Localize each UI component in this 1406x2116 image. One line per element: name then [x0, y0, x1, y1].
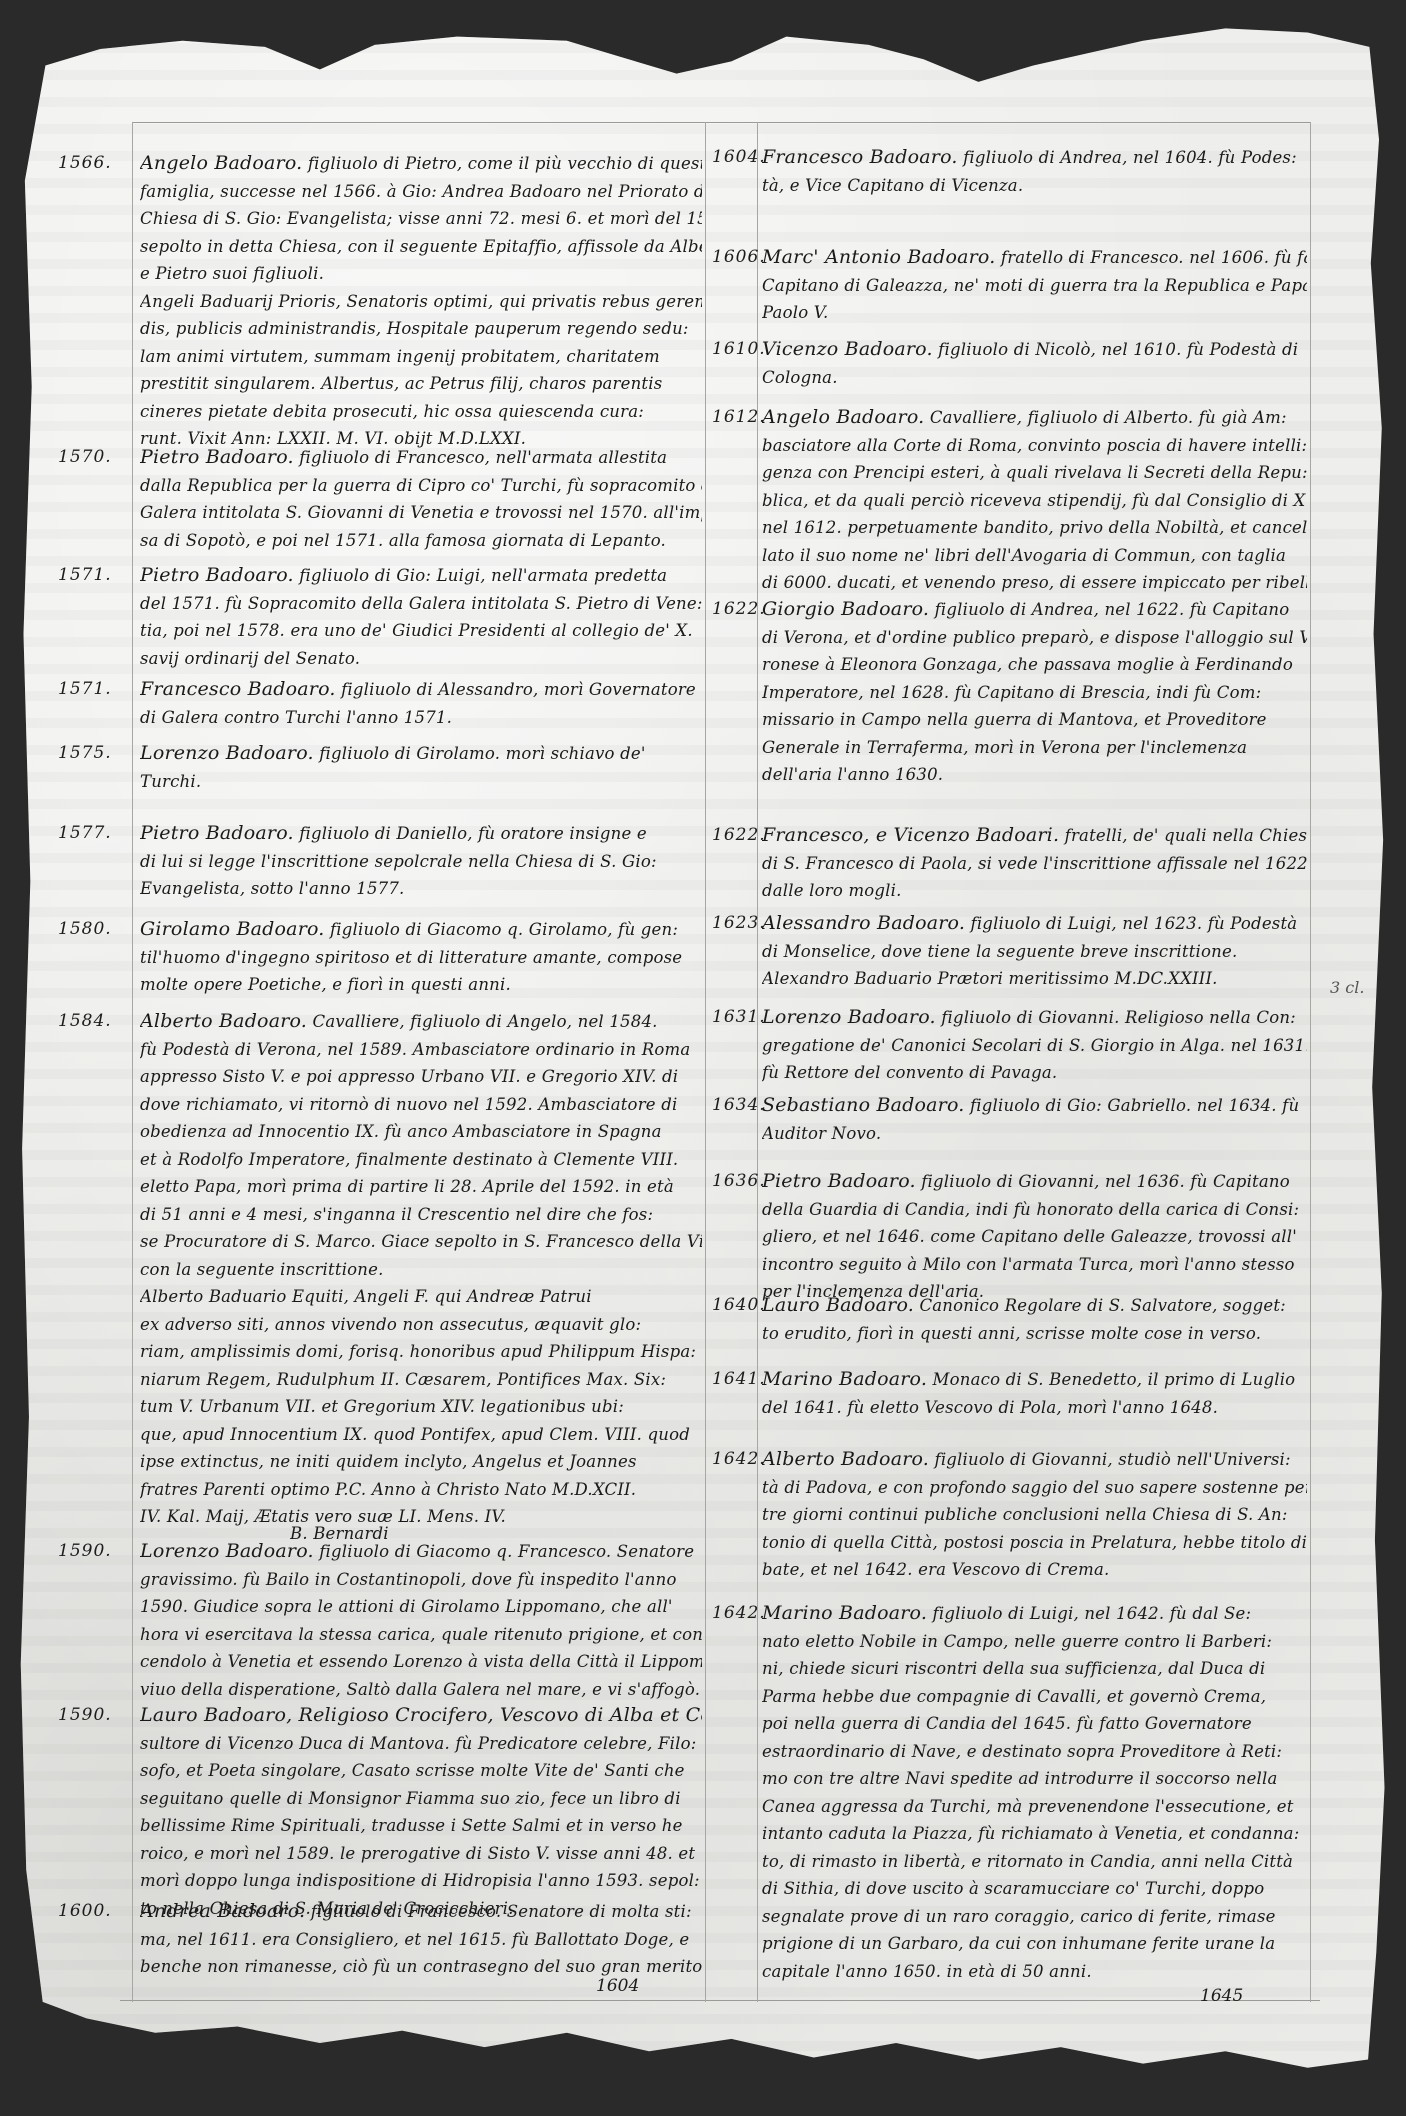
entry-line: molte opere Poetiche, e fiorì in questi …: [140, 971, 702, 999]
entry-text: Alessandro Badoaro. figliuolo di Luigi, …: [762, 910, 1307, 993]
entry-text: Angelo Badoaro. figliuolo di Pietro, com…: [140, 150, 702, 453]
entry-year: 1640.: [712, 1295, 766, 1315]
entry-year: 1580.: [58, 919, 112, 939]
entry-line: se Procuratore di S. Marco. Giace sepolt…: [140, 1228, 702, 1256]
entry-line: Andrea Badoaro. figliuolo di Francesco. …: [140, 1898, 702, 1926]
entry-line: to erudito, fiorì in questi anni, scriss…: [762, 1320, 1307, 1348]
entry-line: Sebastiano Badoaro. figliuolo di Gio: Ga…: [762, 1092, 1307, 1120]
entry-line: Pietro Badoaro. figliuolo di Giovanni, n…: [762, 1168, 1307, 1196]
entry-text: Angelo Badoaro. Cavalliere, figliuolo di…: [762, 404, 1307, 597]
entry-text: Alberto Badoaro. figliuolo di Giovanni, …: [762, 1446, 1307, 1584]
entry-line: gliero, et nel 1646. come Capitano delle…: [762, 1223, 1307, 1251]
entry-line: Alberto Badoaro. figliuolo di Giovanni, …: [762, 1446, 1307, 1474]
entry-line: di Sithia, di dove uscito à scaramucciar…: [762, 1875, 1307, 1903]
entry-year: 1606.: [712, 247, 766, 267]
entry-line: dove richiamato, vi ritornò di nuovo nel…: [140, 1091, 702, 1119]
right-text-rule: [757, 122, 758, 2002]
entry-year: 1622.: [712, 599, 766, 619]
entry-line: Pietro Badoaro. figliuolo di Gio: Luigi,…: [140, 562, 702, 590]
entry-line: di Verona, et d'ordine publico preparò, …: [762, 624, 1307, 652]
entry-line: Vicenzo Badoaro. figliuolo di Nicolò, ne…: [762, 336, 1307, 364]
entry-line: Alberto Baduario Equiti, Angeli F. qui A…: [140, 1283, 702, 1311]
entry-line: Francesco, e Vicenzo Badoari. fratelli, …: [762, 822, 1307, 850]
entry-line: nel 1612. perpetuamente bandito, privo d…: [762, 514, 1307, 542]
left-text-rule: [132, 122, 133, 2002]
entry-line: bate, et nel 1642. era Vescovo di Crema.: [762, 1556, 1307, 1584]
entry-line: Auditor Novo.: [762, 1120, 1307, 1148]
entry-line: di S. Francesco di Paola, si vede l'insc…: [762, 850, 1307, 878]
entry-text: Lauro Badoaro, Religioso Crocifero, Vesc…: [140, 1702, 702, 1922]
entry-line: Pietro Badoaro. figliuolo di Francesco, …: [140, 444, 702, 472]
entry-text: Francesco, e Vicenzo Badoari. fratelli, …: [762, 822, 1307, 905]
entry-year: 1577.: [58, 823, 112, 843]
person-name: Marc' Antonio Badoaro.: [762, 246, 995, 268]
entry-line: Imperatore, nel 1628. fù Capitano di Bre…: [762, 679, 1307, 707]
entry-line: poi nella guerra di Candia del 1645. fù …: [762, 1710, 1307, 1738]
entry-line: Generale in Terraferma, morì in Verona p…: [762, 734, 1307, 762]
entry-line: prestitit singularem. Albertus, ac Petru…: [140, 370, 702, 398]
entry-text: Pietro Badoaro. figliuolo di Giovanni, n…: [762, 1168, 1307, 1306]
right-margin-rule: [1310, 122, 1311, 2002]
entry-line: Angeli Baduarij Prioris, Senatoris optim…: [140, 288, 702, 316]
entry-line: ex adverso siti, annos vivendo non assec…: [140, 1311, 702, 1339]
entry-line: ni, chiede sicuri riscontri della sua su…: [762, 1655, 1307, 1683]
entry-line: del 1641. fù eletto Vescovo di Pola, mor…: [762, 1394, 1307, 1422]
entry-text: Lorenzo Badoaro. figliuolo di Girolamo. …: [140, 740, 702, 795]
entry-line: fù Podestà di Verona, nel 1589. Ambascia…: [140, 1036, 702, 1064]
entry-line: tonio di quella Città, postosi poscia in…: [762, 1529, 1307, 1557]
person-name: Alberto Badoaro.: [762, 1448, 929, 1470]
person-name: Angelo Badoaro.: [762, 406, 924, 428]
entry-line: seguitano quelle di Monsignor Fiamma suo…: [140, 1785, 702, 1813]
entry-text: Lauro Badoaro. Canonico Regolare di S. S…: [762, 1292, 1307, 1347]
top-rule: [132, 122, 1310, 123]
entry-year: 1610.: [712, 339, 766, 359]
entry-line: Parma hebbe due compagnie di Cavalli, et…: [762, 1683, 1307, 1711]
entry-line: lato il suo nome ne' libri dell'Avogaria…: [762, 542, 1307, 570]
person-name: Alessandro Badoaro.: [762, 912, 965, 934]
entry-year: 1631.: [712, 1007, 766, 1027]
person-name: Pietro Badoaro.: [762, 1170, 916, 1192]
entry-line: hora vi esercitava la stessa carica, qua…: [140, 1621, 702, 1649]
entry-text: Giorgio Badoaro. figliuolo di Andrea, ne…: [762, 596, 1307, 789]
entry-line: basciatore alla Corte di Roma, convinto …: [762, 432, 1307, 460]
entry-year: 1612.: [712, 407, 766, 427]
entry-line: Girolamo Badoaro. figliuolo di Giacomo q…: [140, 916, 702, 944]
entry-line: Giorgio Badoaro. figliuolo di Andrea, ne…: [762, 596, 1307, 624]
entry-line: Paolo V.: [762, 299, 1307, 327]
person-name: Lorenzo Badoaro.: [140, 1540, 314, 1562]
entry-line: dis, publicis administrandis, Hospitale …: [140, 315, 702, 343]
person-name: Vicenzo Badoaro.: [762, 338, 933, 360]
left-catchword: 1604: [596, 1976, 639, 1996]
person-name: Pietro Badoaro.: [140, 822, 294, 844]
entry-line: sepolto in detta Chiesa, con il seguente…: [140, 233, 702, 261]
entry-line: Lauro Badoaro, Religioso Crocifero, Vesc…: [140, 1702, 702, 1730]
entry-line: nato eletto Nobile in Campo, nelle guerr…: [762, 1628, 1307, 1656]
entry-line: eletto Papa, morì prima di partire li 28…: [140, 1173, 702, 1201]
column-divider: [705, 122, 706, 2002]
entry-text: Girolamo Badoaro. figliuolo di Giacomo q…: [140, 916, 702, 999]
person-name: Lorenzo Badoaro.: [140, 742, 314, 764]
entry-text: Francesco Badoaro. figliuolo di Andrea, …: [762, 144, 1307, 199]
entry-line: blica, et da quali perciò riceveva stipe…: [762, 487, 1307, 515]
entry-line: Alexandro Baduario Prætori meritissimo M…: [762, 965, 1307, 993]
entry-line: fratres Parenti optimo P.C. Anno à Chris…: [140, 1476, 702, 1504]
marginal-note: 3 cl.: [1330, 978, 1364, 997]
entry-line: del 1571. fù Sopracomito della Galera in…: [140, 590, 702, 618]
entry-text: Lorenzo Badoaro. figliuolo di Giovanni. …: [762, 1004, 1307, 1087]
entry-line: Francesco Badoaro. figliuolo di Andrea, …: [762, 144, 1307, 172]
entry-line: cineres pietate debita prosecuti, hic os…: [140, 398, 702, 426]
entry-line: di 51 anni e 4 mesi, s'inganna il Cresce…: [140, 1201, 702, 1229]
entry-line: niarum Regem, Rudulphum II. Cæsarem, Pon…: [140, 1366, 702, 1394]
entry-line: 1590. Giudice sopra le attioni di Girola…: [140, 1593, 702, 1621]
entry-line: Angelo Badoaro. figliuolo di Pietro, com…: [140, 150, 702, 178]
entry-line: dell'aria l'anno 1630.: [762, 761, 1307, 789]
entry-line: gravissimo. fù Bailo in Costantinopoli, …: [140, 1566, 702, 1594]
entry-line: Angelo Badoaro. Cavalliere, figliuolo di…: [762, 404, 1307, 432]
right-catchword: 1645: [1200, 1986, 1243, 2006]
entry-year: 1600.: [58, 1901, 112, 1921]
entry-year: 1642.: [712, 1603, 766, 1623]
person-name: Angelo Badoaro.: [140, 152, 302, 174]
entry-line: riam, amplissimis domi, forisq. honoribu…: [140, 1338, 702, 1366]
entry-year: 1571.: [58, 565, 112, 585]
entry-line: Lorenzo Badoaro. figliuolo di Girolamo. …: [140, 740, 702, 768]
entry-line: tà di Padova, e con profondo saggio del …: [762, 1474, 1307, 1502]
entry-year: 1604.: [712, 147, 766, 167]
entry-line: appresso Sisto V. e poi appresso Urbano …: [140, 1063, 702, 1091]
person-name: Giorgio Badoaro.: [762, 598, 929, 620]
entry-line: to, di rimasto in libertà, e ritornato i…: [762, 1848, 1307, 1876]
entry-year: 1642.: [712, 1449, 766, 1469]
entry-text: Marino Badoaro. Monaco di S. Benedetto, …: [762, 1366, 1307, 1421]
entry-line: Marino Badoaro. Monaco di S. Benedetto, …: [762, 1366, 1307, 1394]
entry-line: Lauro Badoaro. Canonico Regolare di S. S…: [762, 1292, 1307, 1320]
entry-line: sa di Sopotò, e poi nel 1571. alla famos…: [140, 527, 702, 555]
entry-line: capitale l'anno 1650. in età di 50 anni.: [762, 1958, 1307, 1986]
entry-line: sofo, et Poeta singolare, Casato scrisse…: [140, 1757, 702, 1785]
entry-line: que, apud Innocentium IX. quod Pontifex,…: [140, 1421, 702, 1449]
person-name: Francesco Badoaro.: [140, 678, 336, 700]
entry-year: 1634.: [712, 1095, 766, 1115]
entry-line: Lorenzo Badoaro. figliuolo di Giacomo q.…: [140, 1538, 702, 1566]
entry-line: tà, e Vice Capitano di Vicenza.: [762, 172, 1307, 200]
entry-line: savij ordinarij del Senato.: [140, 645, 702, 673]
entry-text: Lorenzo Badoaro. figliuolo di Giacomo q.…: [140, 1538, 702, 1703]
entry-line: segnalate prove di un raro coraggio, car…: [762, 1903, 1307, 1931]
entry-line: intanto caduta la Piazza, fù richiamato …: [762, 1820, 1307, 1848]
entry-line: Francesco Badoaro. figliuolo di Alessand…: [140, 676, 702, 704]
person-name: Andrea Badoaro.: [140, 1900, 305, 1922]
entry-text: Andrea Badoaro. figliuolo di Francesco. …: [140, 1898, 702, 1981]
entry-line: Lorenzo Badoaro. figliuolo di Giovanni. …: [762, 1004, 1307, 1032]
entry-line: Capitano di Galeazza, ne' moti di guerra…: [762, 272, 1307, 300]
entry-text: Sebastiano Badoaro. figliuolo di Gio: Ga…: [762, 1092, 1307, 1147]
entry-line: obedienza ad Innocentio IX. fù anco Amba…: [140, 1118, 702, 1146]
person-name: Girolamo Badoaro.: [140, 918, 325, 940]
entry-line: e Pietro suoi figliuoli.: [140, 260, 702, 288]
entry-line: con la seguente inscrittione.: [140, 1256, 702, 1284]
entry-text: Marc' Antonio Badoaro. fratello di Franc…: [762, 244, 1307, 327]
person-name: Sebastiano Badoaro.: [762, 1094, 965, 1116]
entry-year: 1570.: [58, 447, 112, 467]
entry-line: della Guardia di Candia, indi fù honorat…: [762, 1196, 1307, 1224]
entry-line: Turchi.: [140, 768, 702, 796]
entry-year: 1636.: [712, 1171, 766, 1191]
entry-year: 1571.: [58, 679, 112, 699]
entry-line: famiglia, successe nel 1566. à Gio: Andr…: [140, 178, 702, 206]
entry-line: di Galera contro Turchi l'anno 1571.: [140, 704, 702, 732]
person-name: Francesco, e Vicenzo Badoari.: [762, 824, 1059, 846]
entry-line: Chiesa di S. Gio: Evangelista; visse ann…: [140, 205, 702, 233]
entry-line: Evangelista, sotto l'anno 1577.: [140, 875, 702, 903]
entry-year: 1623.: [712, 913, 766, 933]
person-name: Marino Badoaro.: [762, 1602, 927, 1624]
entry-line: viuo della disperatione, Saltò dalla Gal…: [140, 1676, 702, 1704]
entry-line: Canea aggressa da Turchi, mà prevenendon…: [762, 1793, 1307, 1821]
entry-line: di Monselice, dove tiene la seguente bre…: [762, 938, 1307, 966]
person-name: Lauro Badoaro.: [762, 1294, 914, 1316]
entry-line: tum V. Urbanum VII. et Gregorium XIV. le…: [140, 1393, 702, 1421]
entry-line: Alessandro Badoaro. figliuolo di Luigi, …: [762, 910, 1307, 938]
entry-line: genza con Prencipi esteri, à quali rivel…: [762, 459, 1307, 487]
entry-line: ma, nel 1611. era Consigliero, et nel 16…: [140, 1926, 702, 1954]
entry-year: 1590.: [58, 1541, 112, 1561]
bottom-rule: [120, 2000, 1320, 2001]
entry-line: prigione di un Garbaro, da cui con inhum…: [762, 1930, 1307, 1958]
entry-line: cendolo à Venetia et essendo Lorenzo à v…: [140, 1648, 702, 1676]
entry-line: Alberto Badoaro. Cavalliere, figliuolo d…: [140, 1008, 702, 1036]
person-name: Pietro Badoaro.: [140, 564, 294, 586]
person-name: Pietro Badoaro.: [140, 446, 294, 468]
person-name: Francesco Badoaro.: [762, 146, 958, 168]
entry-line: morì doppo lunga indispositione di Hidro…: [140, 1867, 702, 1895]
entry-line: ipse extinctus, ne initi quidem inclyto,…: [140, 1448, 702, 1476]
entry-text: Alberto Badoaro. Cavalliere, figliuolo d…: [140, 1008, 702, 1531]
entry-line: fù Rettore del convento di Pavaga.: [762, 1059, 1307, 1087]
person-name: Marino Badoaro.: [762, 1368, 927, 1390]
entry-line: estraordinario di Nave, e destinato sopr…: [762, 1738, 1307, 1766]
entry-year: 1575.: [58, 743, 112, 763]
entry-year: 1622.: [712, 825, 766, 845]
person-name: Alberto Badoaro.: [140, 1010, 307, 1032]
entry-line: Marc' Antonio Badoaro. fratello di Franc…: [762, 244, 1307, 272]
entry-line: dalla Republica per la guerra di Cipro c…: [140, 472, 702, 500]
entry-line: bellissime Rime Spirituali, tradusse i S…: [140, 1812, 702, 1840]
entry-line: missario in Campo nella guerra di Mantov…: [762, 706, 1307, 734]
entry-text: Vicenzo Badoaro. figliuolo di Nicolò, ne…: [762, 336, 1307, 391]
entry-text: Pietro Badoaro. figliuolo di Daniello, f…: [140, 820, 702, 903]
entry-text: Pietro Badoaro. figliuolo di Francesco, …: [140, 444, 702, 554]
entry-line: tia, poi nel 1578. era uno de' Giudici P…: [140, 617, 702, 645]
entry-line: di lui si legge l'inscrittione sepolcral…: [140, 848, 702, 876]
entry-line: Marino Badoaro. figliuolo di Luigi, nel …: [762, 1600, 1307, 1628]
entry-line: tre giorni continui publiche conclusioni…: [762, 1501, 1307, 1529]
entry-text: Francesco Badoaro. figliuolo di Alessand…: [140, 676, 702, 731]
entry-line: Galera intitolata S. Giovanni di Venetia…: [140, 499, 702, 527]
entry-line: Pietro Badoaro. figliuolo di Daniello, f…: [140, 820, 702, 848]
entry-line: gregatione de' Canonici Secolari di S. G…: [762, 1032, 1307, 1060]
entry-line: sultore di Vicenzo Duca di Mantova. fù P…: [140, 1730, 702, 1758]
entry-year: 1584.: [58, 1011, 112, 1031]
entry-year: 1641.: [712, 1369, 766, 1389]
entry-line: mo con tre altre Navi spedite ad introdu…: [762, 1765, 1307, 1793]
entry-line: roico, e morì nel 1589. le prerogative d…: [140, 1840, 702, 1868]
entry-year: 1566.: [58, 153, 112, 173]
entry-text: Pietro Badoaro. figliuolo di Gio: Luigi,…: [140, 562, 702, 672]
entry-line: di 6000. ducati, et venendo preso, di es…: [762, 569, 1307, 597]
entry-text: Marino Badoaro. figliuolo di Luigi, nel …: [762, 1600, 1307, 1985]
person-name: Lorenzo Badoaro.: [762, 1006, 936, 1028]
entry-year: 1590.: [58, 1705, 112, 1725]
entry-line: incontro seguito à Milo con l'armata Tur…: [762, 1251, 1307, 1279]
entry-line: lam animi virtutem, summam ingenij probi…: [140, 343, 702, 371]
entry-line: Cologna.: [762, 364, 1307, 392]
entry-line: et à Rodolfo Imperatore, finalmente dest…: [140, 1146, 702, 1174]
entry-line: ronese à Eleonora Gonzaga, che passava m…: [762, 651, 1307, 679]
person-name: Lauro Badoaro, Religioso Crocifero, Vesc…: [140, 1704, 702, 1726]
entry-line: dalle loro mogli.: [762, 877, 1307, 905]
entry-line: til'huomo d'ingegno spiritoso et di litt…: [140, 944, 702, 972]
